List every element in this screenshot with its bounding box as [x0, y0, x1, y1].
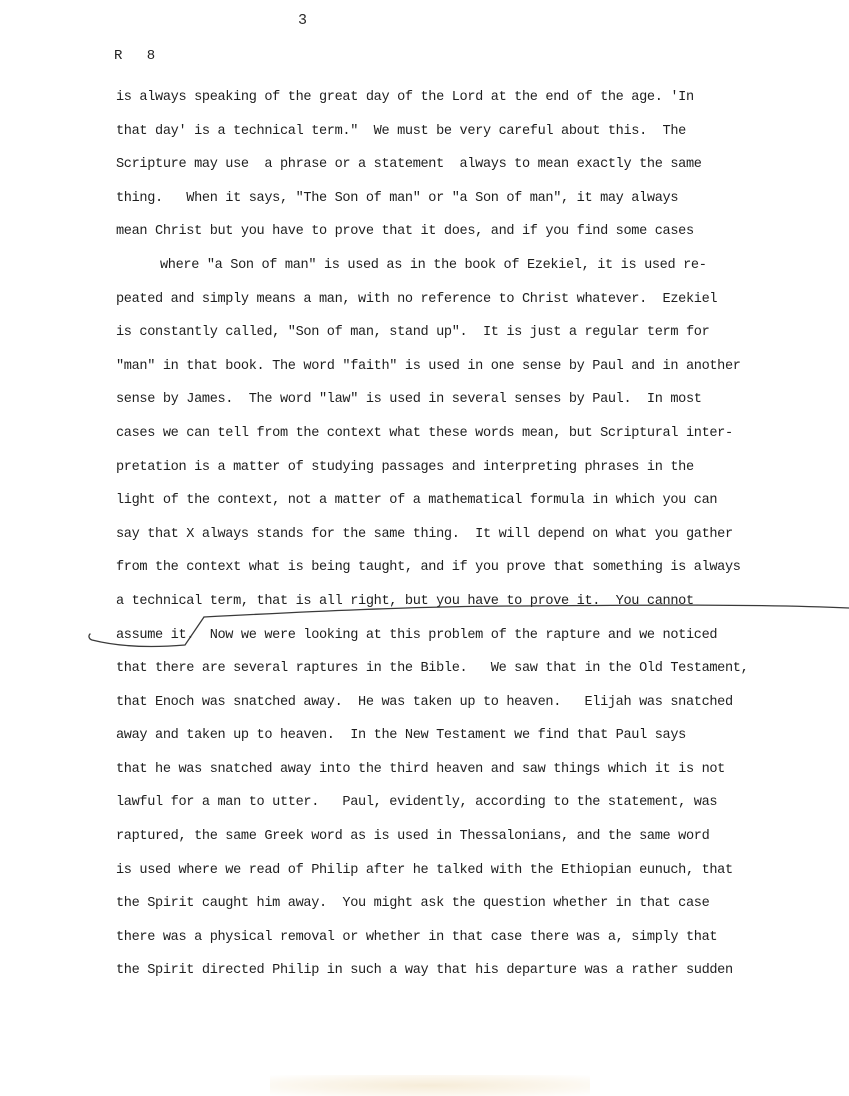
- text-line: that day' is a technical term." We must …: [116, 115, 836, 149]
- page-number: 3: [298, 12, 307, 29]
- text-line: there was a physical removal or whether …: [116, 921, 836, 955]
- text-line: a technical term, that is all right, but…: [116, 585, 836, 619]
- text-line: "man" in that book. The word "faith" is …: [116, 350, 836, 384]
- paper-stain: [270, 1075, 590, 1096]
- text-line: is used where we read of Philip after he…: [116, 854, 836, 888]
- text-line: lawful for a man to utter. Paul, evident…: [116, 786, 836, 820]
- text-line: away and taken up to heaven. In the New …: [116, 719, 836, 753]
- text-line: is always speaking of the great day of t…: [116, 81, 836, 115]
- text-line: say that X always stands for the same th…: [116, 518, 836, 552]
- text-line: where "a Son of man" is used as in the b…: [116, 249, 836, 283]
- text-line: assume it. Now we were looking at this p…: [116, 619, 836, 653]
- text-line: from the context what is being taught, a…: [116, 551, 836, 585]
- section-marker: R 8: [114, 48, 163, 64]
- text-line: cases we can tell from the context what …: [116, 417, 836, 451]
- text-line: raptured, the same Greek word as is used…: [116, 820, 836, 854]
- text-line: is constantly called, "Son of man, stand…: [116, 316, 836, 350]
- text-line: the Spirit directed Philip in such a way…: [116, 954, 836, 988]
- text-line: that there are several raptures in the B…: [116, 652, 836, 686]
- text-line: the Spirit caught him away. You might as…: [116, 887, 836, 921]
- text-line: light of the context, not a matter of a …: [116, 484, 836, 518]
- text-line: that Enoch was snatched away. He was tak…: [116, 686, 836, 720]
- text-line: thing. When it says, "The Son of man" or…: [116, 182, 836, 216]
- text-line: pretation is a matter of studying passag…: [116, 451, 836, 485]
- text-line: Scripture may use a phrase or a statemen…: [116, 148, 836, 182]
- text-line: mean Christ but you have to prove that i…: [116, 215, 836, 249]
- text-line: sense by James. The word "law" is used i…: [116, 383, 836, 417]
- text-line: peated and simply means a man, with no r…: [116, 283, 836, 317]
- text-line: that he was snatched away into the third…: [116, 753, 836, 787]
- body-text: is always speaking of the great day of t…: [116, 81, 836, 988]
- typewritten-page: 3 R 8 is always speaking of the great da…: [0, 0, 849, 1096]
